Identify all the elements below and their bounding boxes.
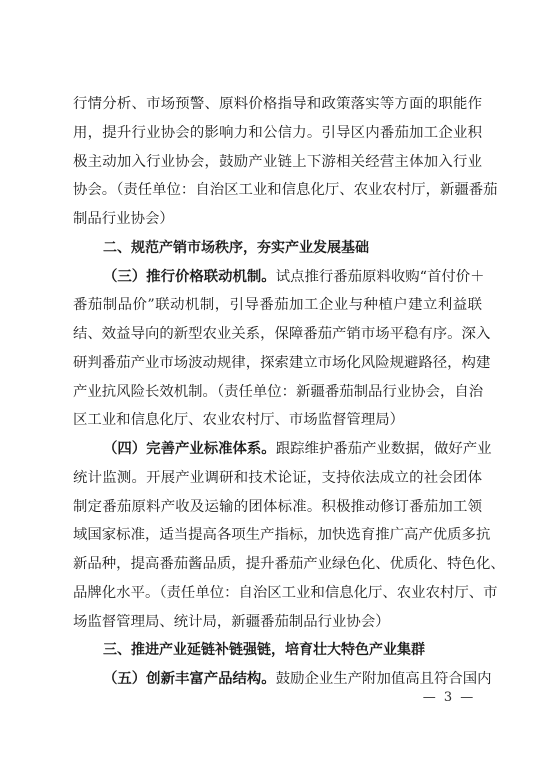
paragraph-text: 鼓励企业生产附加值高且符合国内 — [276, 671, 492, 687]
paragraph-text: 跟踪维护番茄产业数据，做好产业 — [276, 441, 492, 457]
paragraph-line: 新品种，提高番茄酱品质，提升番茄产业绿色化、优质化、特色化、 — [73, 550, 482, 579]
section-heading-3: 三、推进产业延链补链强链，培育壮大特色产业集群 — [73, 636, 482, 665]
paragraph-line: 统计监测。开展产业调研和技术论证，支持依法成立的社会团体 — [73, 464, 482, 493]
paragraph-text: 试点推行番茄原料收购“首付价＋ — [276, 269, 485, 285]
paragraph-line: 产业抗风险长效机制。（责任单位：新疆番茄制品行业协会，自治 — [73, 378, 482, 407]
subsection-title-4: （四）完善产业标准体系。 — [103, 440, 276, 457]
subsection-title-5: （五）创新丰富产品结构。 — [103, 670, 276, 687]
paragraph-line: 用，提升行业协会的影响力和公信力。引导区内番茄加工企业积 — [73, 119, 482, 148]
paragraph-line: 结、效益导向的新型农业关系，保障番茄产销市场平稳有序。深入 — [73, 320, 482, 349]
paragraph-line: 行情分析、市场预警、原料价格指导和政策落实等方面的职能作 — [73, 90, 482, 119]
subsection-line-3: （三）推行价格联动机制。试点推行番茄原料收购“首付价＋ — [73, 263, 482, 292]
paragraph-line: 番茄制品价”联动机制，引导番茄加工企业与种植户建立利益联 — [73, 291, 482, 320]
paragraph-line: 协会。（责任单位：自治区工业和信息化厅、农业农村厅，新疆番茄 — [73, 176, 482, 205]
document-page: 行情分析、市场预警、原料价格指导和政策落实等方面的职能作 用，提升行业协会的影响… — [0, 0, 554, 784]
page-number: — 3 — — [421, 688, 477, 708]
paragraph-line: 品牌化水平。（责任单位：自治区工业和信息化厅、农业农村厅、市 — [73, 579, 482, 608]
paragraph-line: 场监督管理局、统计局，新疆番茄制品行业协会） — [73, 608, 482, 637]
paragraph-line: 域国家标准，适当提高各项生产指标，加快选育推广高产优质多抗 — [73, 521, 482, 550]
paragraph-line: 制品行业协会） — [73, 205, 482, 234]
subsection-title-3: （三）推行价格联动机制。 — [103, 268, 276, 285]
paragraph-line: 制定番茄原料产收及运输的团体标准。积极推动修订番茄加工领 — [73, 493, 482, 522]
paragraph-line: 极主动加入行业协会，鼓励产业链上下游相关经营主体加入行业 — [73, 148, 482, 177]
paragraph-line: 区工业和信息化厅、农业农村厅、市场监督管理局） — [73, 406, 482, 435]
document-body: 行情分析、市场预警、原料价格指导和政策落实等方面的职能作 用，提升行业协会的影响… — [73, 90, 482, 694]
section-heading-2: 二、规范产销市场秩序，夯实产业发展基础 — [73, 234, 482, 263]
paragraph-line: 研判番茄产业市场波动规律，探索建立市场化风险规避路径，构建 — [73, 349, 482, 378]
subsection-line-4: （四）完善产业标准体系。跟踪维护番茄产业数据，做好产业 — [73, 435, 482, 464]
